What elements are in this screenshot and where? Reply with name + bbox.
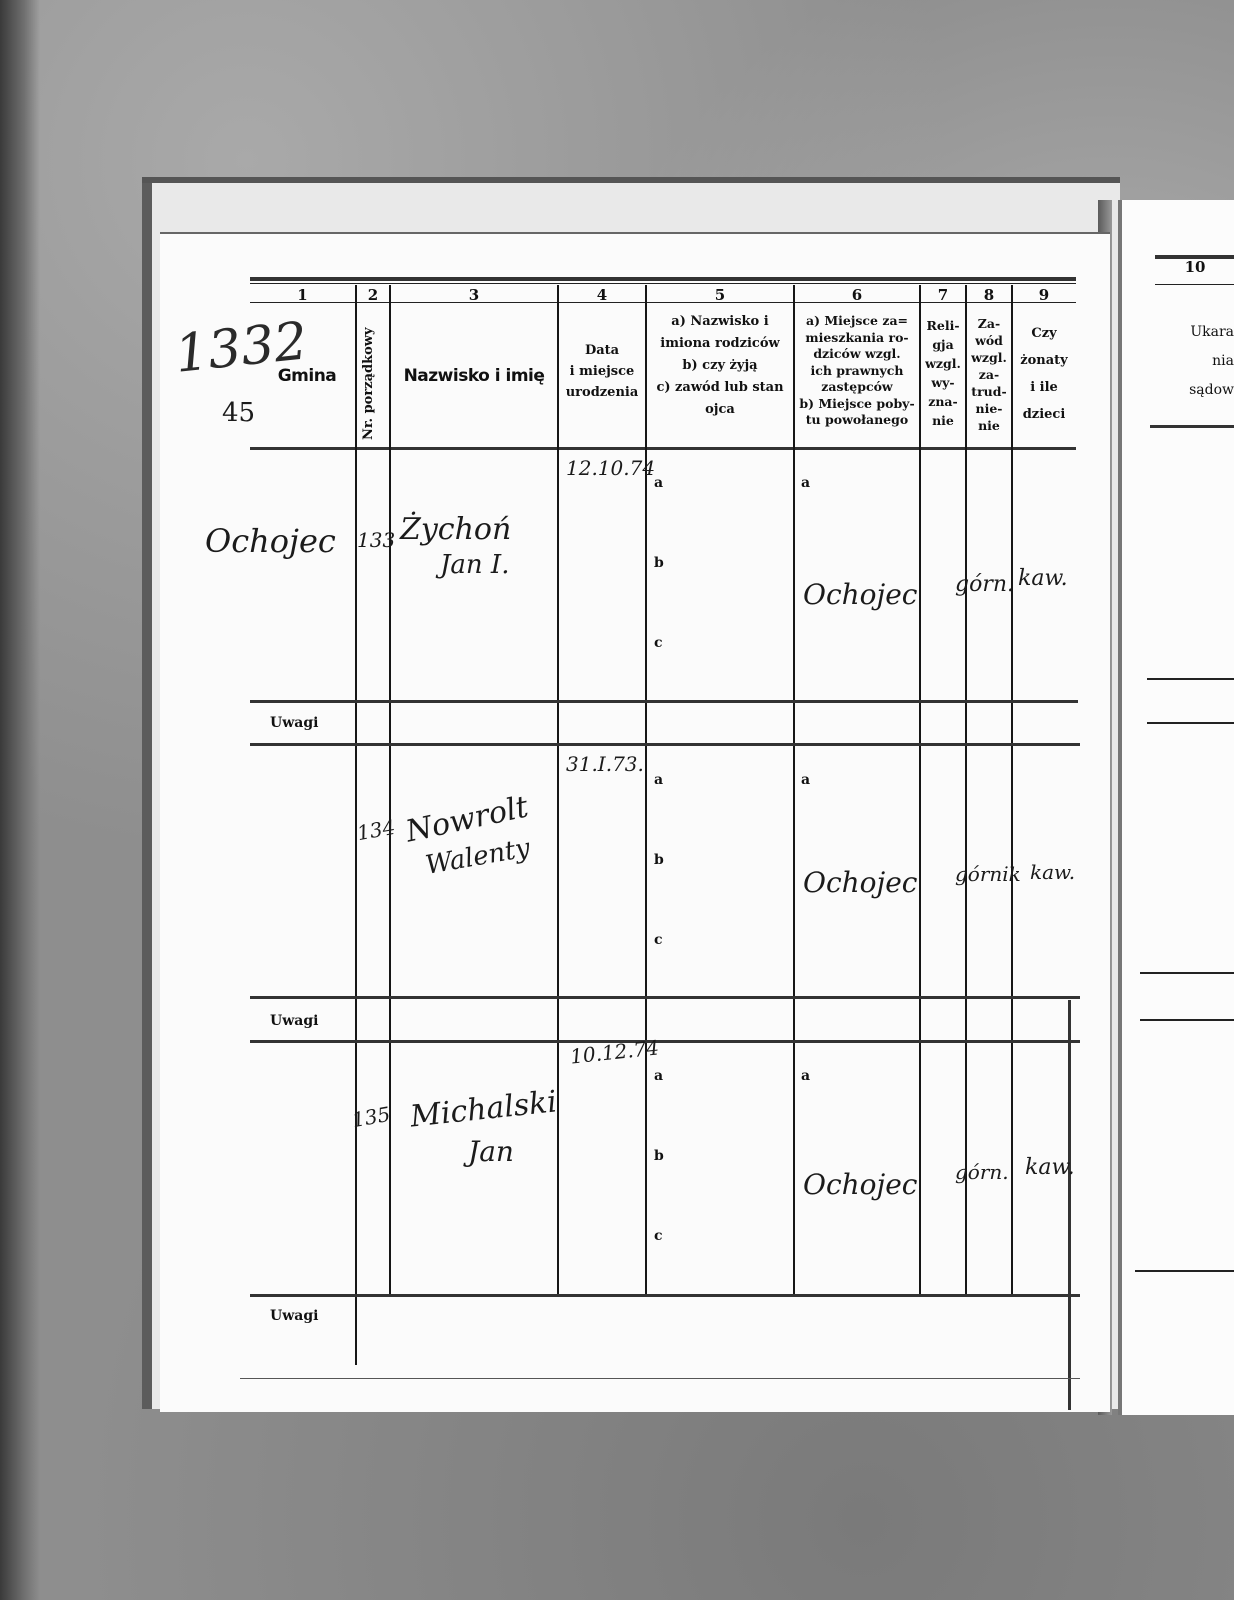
header-line: i miejsce — [559, 363, 645, 380]
column-number-2: 2 — [357, 286, 389, 304]
header-line: nie — [921, 411, 965, 430]
entry-2-letter-a: a — [654, 772, 663, 788]
entry-1-letter-c: c — [654, 635, 663, 651]
header-line: b) czy żyją — [647, 355, 793, 377]
header-top-rule — [250, 277, 1076, 281]
remarks-label-3: Uwagi — [270, 1308, 318, 1324]
header-religion: Reli- gja wzgl. wy- zna- nie — [921, 316, 965, 430]
column-number-10: 10 — [1175, 258, 1215, 276]
header-line: Czy — [1013, 320, 1075, 347]
header-line: b) Miejsce poby- — [795, 396, 919, 413]
header-line: żonaty — [1013, 347, 1075, 374]
entry-2-letter-c: c — [654, 932, 663, 948]
column-number-8: 8 — [967, 286, 1011, 304]
header-line: imiona rodziców — [647, 333, 793, 355]
header-line: Ukara — [1160, 318, 1234, 347]
header-top-rule-thin — [250, 283, 1076, 284]
remarks-bottom-rule — [250, 743, 1080, 746]
header-line: gja — [921, 335, 965, 354]
header-line: zna- — [921, 392, 965, 411]
header-birth-date-place: Data i miejsce urodzenia — [559, 342, 645, 401]
column-divider-5 — [793, 285, 795, 1295]
column-divider-4 — [645, 285, 647, 1295]
entry-1-occupation: górn. — [955, 572, 1014, 597]
scan-edge-shadow — [0, 0, 40, 1600]
header-penalties: Ukara nia sądow — [1160, 318, 1234, 405]
header-line: nia — [1160, 347, 1234, 376]
column-divider-8 — [1011, 285, 1013, 1295]
header-line: urodzenia — [559, 384, 645, 401]
header-residence: a) Miejsce za= mieszkania ro- dziców wzg… — [795, 313, 919, 429]
facing-rule — [1140, 972, 1234, 974]
remarks-label-1: Uwagi — [270, 715, 318, 731]
header-nazwisko-imie: Nazwisko i imię — [391, 368, 557, 385]
header-line: a) Nazwisko i — [647, 311, 793, 333]
entry-1-nr: 133 — [357, 528, 395, 552]
entry-1-status: kaw. — [1018, 566, 1068, 591]
header-line: nie- — [967, 400, 1011, 417]
column-number-5: 5 — [647, 286, 793, 304]
facing-rule — [1140, 1019, 1234, 1021]
header-line: sądow — [1160, 376, 1234, 405]
sheet-sub-number: 45 — [222, 398, 255, 428]
entry-3-residence: Ochojec — [803, 1168, 917, 1201]
entry-1-residence-letter-a: a — [801, 475, 810, 491]
facing-rule — [1135, 1270, 1234, 1272]
header-line: dziców wzgl. — [795, 346, 919, 363]
header-line: wzgl. — [921, 354, 965, 373]
column-number-4: 4 — [559, 286, 645, 304]
entry-1-letter-a: a — [654, 475, 663, 491]
entry-bottom-rule — [250, 996, 1080, 999]
entry-3-status: kaw. — [1025, 1155, 1075, 1180]
entry-bottom-rule — [250, 700, 1078, 703]
header-line: Data — [559, 342, 645, 359]
facing-number-rule — [1155, 284, 1234, 285]
facing-rule — [1147, 678, 1234, 680]
column-divider-6 — [919, 285, 921, 1295]
column-number-7: 7 — [921, 286, 965, 304]
column-number-6: 6 — [795, 286, 919, 304]
entry-2-status: kaw. — [1030, 860, 1075, 884]
entry-bottom-rule — [250, 1294, 1080, 1297]
entry-2-residence-letter-a: a — [801, 772, 810, 788]
column-number-9: 9 — [1013, 286, 1075, 304]
entry-1-residence: Ochojec — [803, 578, 917, 611]
header-line: zastępców — [795, 379, 919, 396]
header-line: c) zawód lub stan — [647, 377, 793, 399]
column-divider-2 — [389, 285, 391, 1295]
header-occupation: Za- wód wzgl. za- trud- nie- nie — [967, 315, 1011, 434]
column-divider-3 — [557, 285, 559, 1295]
entry-1-gmina: Ochojec — [205, 522, 336, 560]
header-line: mieszkania ro- — [795, 330, 919, 347]
entry-3-letter-b: b — [654, 1148, 664, 1164]
header-line: Za- — [967, 315, 1011, 332]
entry-1-given-name: Jan I. — [440, 550, 509, 580]
header-line: za- — [967, 366, 1011, 383]
entry-2-birth-date: 31.I.73. — [566, 752, 644, 776]
header-line: wy- — [921, 373, 965, 392]
entry-2-letter-b: b — [654, 852, 664, 868]
header-line: tu powołanego — [795, 412, 919, 429]
entry-3-residence-letter-a: a — [801, 1068, 810, 1084]
header-line: ojca — [647, 399, 793, 421]
header-line: dzieci — [1013, 401, 1075, 428]
header-nr-porzadkowy: Nr. porządkowy — [361, 310, 376, 440]
entry-3-letter-a: a — [654, 1068, 663, 1084]
column-number-1: 1 — [250, 286, 355, 304]
header-line: ich prawnych — [795, 363, 919, 380]
entry-2-residence: Ochojec — [803, 866, 917, 899]
header-line: wód — [967, 332, 1011, 349]
header-bottom-rule — [250, 447, 1076, 450]
remarks-bottom-rule — [250, 1040, 1080, 1043]
column-divider-7 — [965, 285, 967, 1295]
header-line: i ile — [1013, 374, 1075, 401]
column-number-3: 3 — [391, 286, 557, 304]
entry-1-letter-b: b — [654, 555, 664, 571]
header-married-children: Czy żonaty i ile dzieci — [1013, 320, 1075, 428]
entry-1-birth-date: 12.10.74 — [566, 456, 655, 480]
remarks-label-2: Uwagi — [270, 1013, 318, 1029]
entry-2-occupation: górnik — [955, 862, 1021, 886]
entry-3-letter-c: c — [654, 1228, 663, 1244]
header-line: nie — [967, 417, 1011, 434]
entry-3-given-name: Jan — [468, 1135, 514, 1168]
facing-rule — [1147, 722, 1234, 724]
facing-header-bottom — [1150, 425, 1234, 428]
page-right-rule — [1068, 1000, 1071, 1410]
page-bottom-rule — [240, 1378, 1080, 1379]
entry-1-surname: Żychoń — [400, 512, 511, 547]
header-line: trud- — [967, 383, 1011, 400]
entry-3-occupation: górn. — [955, 1160, 1009, 1184]
header-line: Reli- — [921, 316, 965, 335]
header-line: a) Miejsce za= — [795, 313, 919, 330]
header-line: wzgl. — [967, 349, 1011, 366]
header-parents: a) Nazwisko i imiona rodziców b) czy żyj… — [647, 311, 793, 421]
